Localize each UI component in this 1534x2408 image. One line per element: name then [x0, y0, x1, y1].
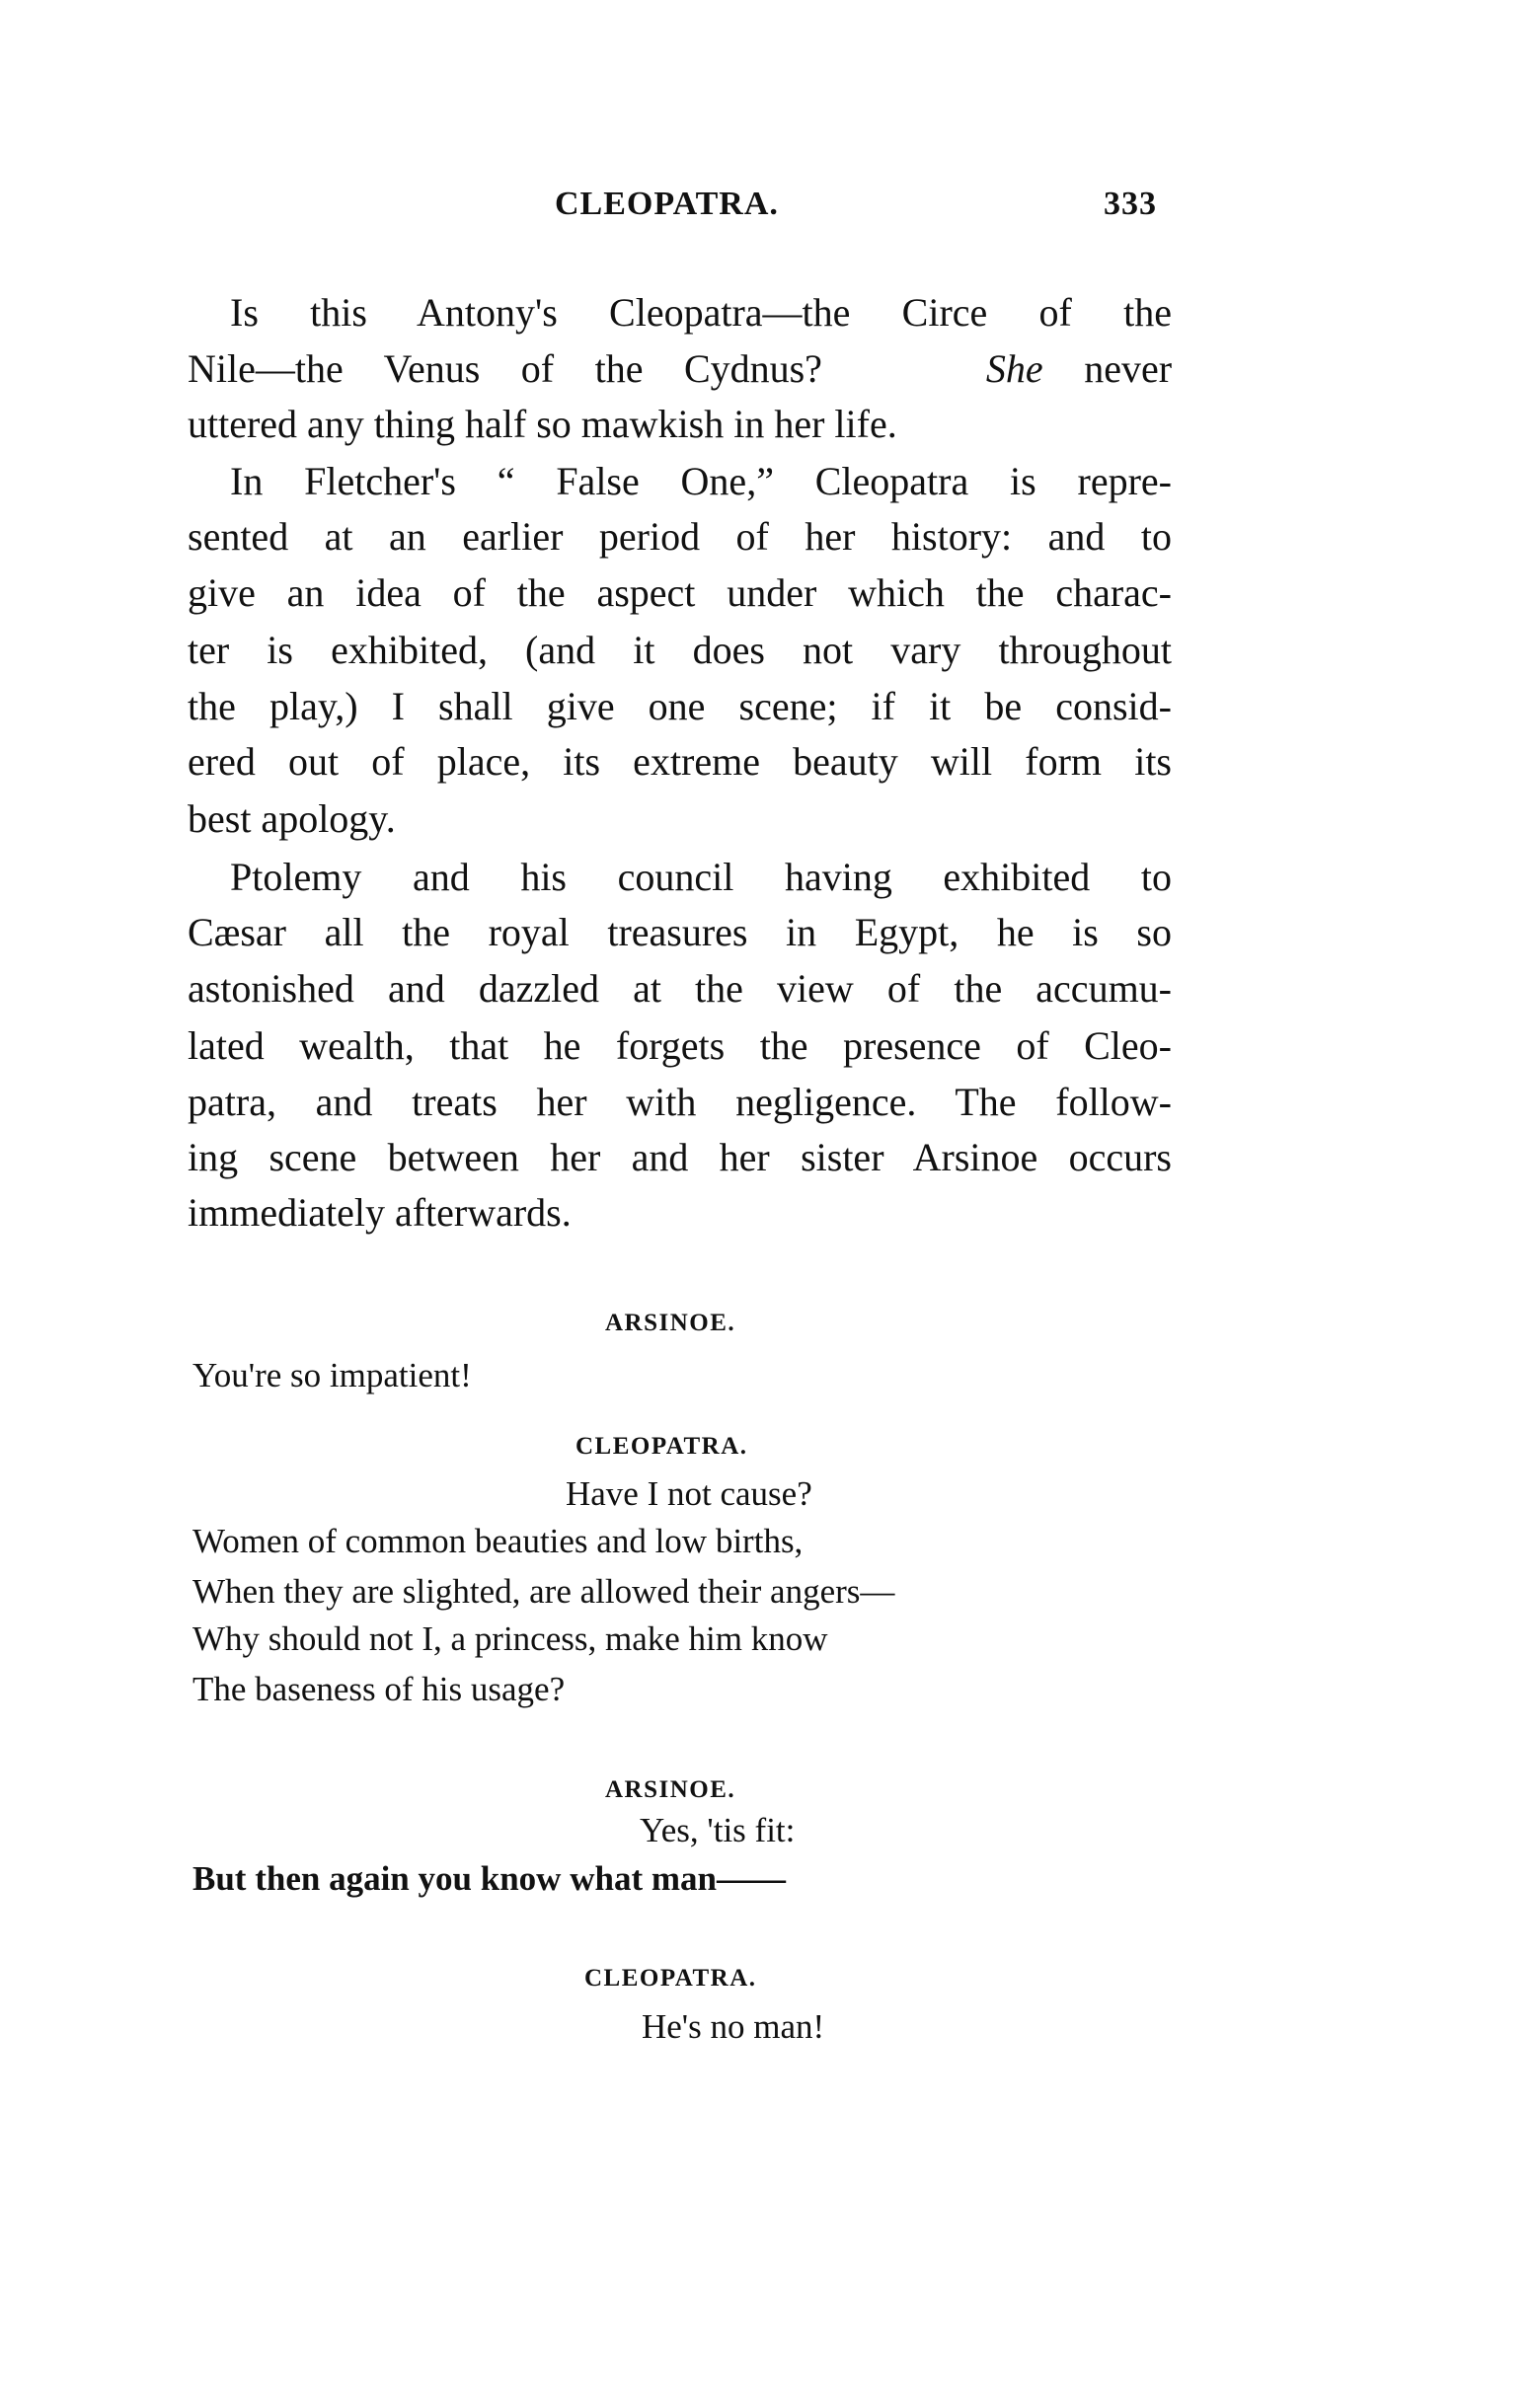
text-span: Nile—the Venus of the Cydnus? [188, 346, 822, 391]
verse-line: Yes, 'tis fit: [387, 1809, 542, 1852]
verse-line: Why should not I, a princess, make him k… [192, 1618, 828, 1661]
paragraph-line: Nile—the Venus of the Cydnus? She never [188, 345, 1172, 393]
paragraph-line: uttered any thing half so mawkish in her… [188, 401, 1172, 448]
page-number: 333 [1104, 186, 1157, 223]
verse-line: When they are slighted, are allowed thei… [192, 1570, 894, 1614]
speaker-label-cleopatra: CLEOPATRA. [584, 1965, 757, 1993]
paragraph-line: lated wealth, that he forgets the presen… [188, 1022, 1172, 1070]
speaker-label-arsinoe: ARSINOE. [605, 1776, 735, 1804]
paragraph-line: ter is exhibited, (and it does not vary … [188, 627, 1172, 674]
text-span: Yes, 'tis fit: [640, 1811, 795, 1849]
paragraph-line: astonished and dazzled at the view of th… [188, 965, 1172, 1013]
running-header-title: CLEOPATRA. [555, 186, 779, 223]
verse-line: You're so impatient! [192, 1354, 472, 1397]
verse-line: He's no man! [642, 2005, 824, 2049]
verse-line: Have I not cause? [566, 1472, 812, 1516]
verse-line: But then again you know what man—— [192, 1857, 786, 1901]
verse-line: Women of common beauties and low births, [192, 1520, 803, 1563]
italic-emphasis: She [986, 346, 1043, 391]
book-page: CLEOPATRA. 333 Is this Antony's Cleopatr… [0, 0, 1534, 2408]
paragraph-line: In Fletcher's “ False One,” Cleopatra is… [230, 458, 1172, 505]
speaker-label-cleopatra: CLEOPATRA. [575, 1433, 748, 1461]
paragraph-line: best apology. [188, 795, 1172, 843]
verse-line: The baseness of his usage? [192, 1668, 565, 1711]
paragraph-line: ered out of place, its extreme beauty wi… [188, 738, 1172, 786]
paragraph-line: give an idea of the aspect under which t… [188, 569, 1172, 617]
paragraph-line: Cæsar all the royal treasures in Egypt, … [188, 909, 1172, 956]
paragraph-line: Is this Antony's Cleopatra—the Circe of … [230, 289, 1172, 337]
paragraph-line: the play,) I shall give one scene; if it… [188, 683, 1172, 730]
paragraph-line: sented at an earlier period of her histo… [188, 513, 1172, 561]
paragraph-line: Ptolemy and his council having exhibited… [230, 854, 1172, 901]
text-span: never [1084, 346, 1172, 391]
paragraph-line: patra, and treats her with negligence. T… [188, 1079, 1172, 1126]
speaker-label-arsinoe: ARSINOE. [605, 1310, 735, 1337]
paragraph-line: immediately afterwards. [188, 1189, 1172, 1237]
paragraph-line: ing scene between her and her sister Ars… [188, 1134, 1172, 1181]
